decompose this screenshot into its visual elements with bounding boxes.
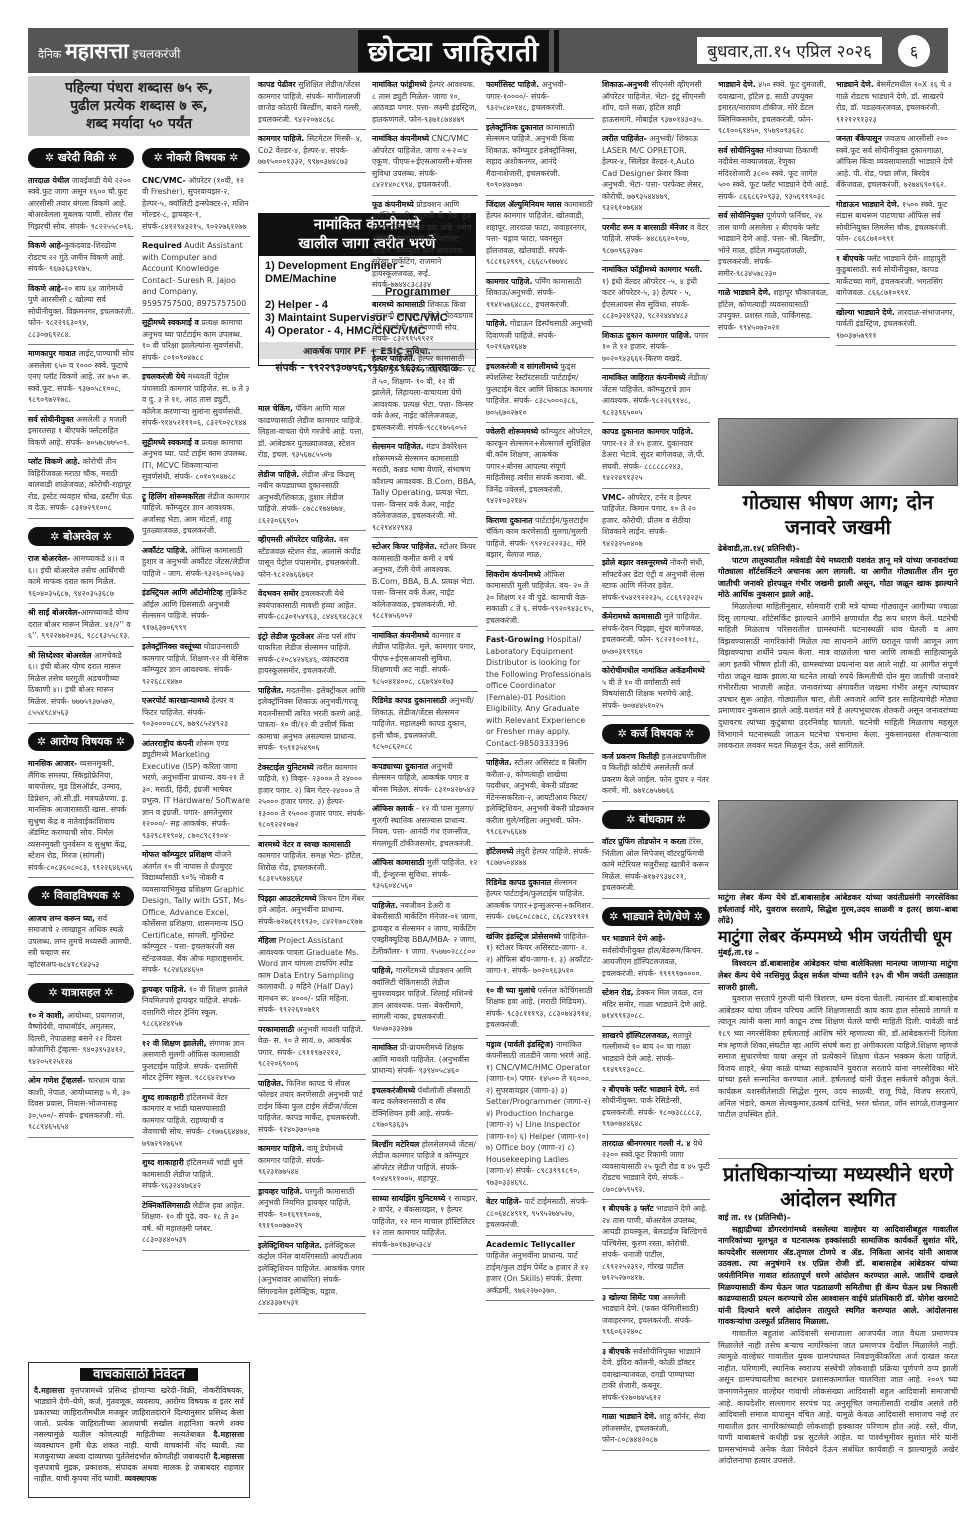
classified-ad: परमीट रूम व बारसाठी मॅनेजर व वेटर पाहिजे… [602, 219, 710, 262]
classified-ad: तारदाळ येथील जावईवाडी येथे २२०० स्क्वे.फ… [28, 172, 134, 238]
classified-ad: पाहिजे, गारमेंटमध्ये प्रोडक्शन आणि क्वॉल… [372, 962, 478, 1039]
ad-text: शोरूम एण्ड ड्युटीमध्ये Marketing Executi… [142, 739, 250, 840]
ad-lead: कापड पेढीवर [258, 80, 296, 89]
classified-ad: व्हीएमसी ऑपरेटर पाहिजेत. बस स्टँडजवळ स्ट… [258, 531, 366, 585]
photo-caption: माटुंगा लेबर कॅम्प येथे डॉ.बाबासाहेब आंब… [718, 892, 958, 927]
ad-lead: फार्मासिस्ट पाहिजे. [486, 80, 539, 89]
ad-lead: कामगार पाहिजे. [486, 277, 532, 286]
classified-ad: वॉटर प्रुफिंग तोडफोन न करता टेरेस, भिंती… [602, 833, 710, 899]
ad-text: पूर्णपणे फर्निचर, २४ तास पाणी असलेला २ ब… [718, 211, 825, 278]
ad-lead: नामांकित फांड्रीमध्ये [372, 80, 427, 89]
classified-ad: इचलकरंजी येथे मध्यवर्ती पेट्रोल पंपासाठी… [142, 368, 250, 434]
ad-lead: कामगार पाहिजे. [258, 1144, 304, 1153]
classified-ad: CNC/VMC- ऑपरेटर (१०वी, १२ वी Fresher), स… [142, 172, 250, 238]
classified-ad: प्लॉट विकणे आहे. कोरोची तीन विहिरीजवळ मर… [28, 453, 134, 519]
ad-lead: ट्रू हिलिंग शोरूमकरिता [142, 492, 205, 501]
ad-lead: कपड्याच्या दुकानात [372, 762, 428, 771]
ad-lead: पाहिजेत. [258, 1079, 284, 1088]
classified-column-4: नामांकित फांड्रीमध्ये हेल्पर आवश्यक. ८ त… [372, 76, 478, 1255]
ad-lead: नामांकित कंपनीमध्ये [372, 134, 429, 143]
ad-lead: मानसिक आजार- [28, 759, 77, 768]
ad-lead: टेक्निकॉलिगसाठी [142, 1201, 190, 1210]
reader-notice: वाचकांसाठी निवेदन दै.महासत्ता वृत्तपत्रा… [28, 1362, 250, 1498]
ad-lead: घर भाड्याने देणे आहे- [602, 934, 665, 943]
classified-ad: जिंदाल ॲल्युमिनियम ग्लास कामासाठी हेल्पर… [486, 196, 594, 273]
newspaper-brand: दैनिक महासत्ता इचलकरंजी [28, 37, 328, 65]
classified-ad: जनता बँकेपासून जवळच आरसीसी २०० स्क्वे.फू… [836, 130, 956, 196]
classified-column-2: ✲ नोकरी विषयक ✲ CNC/VMC- ऑपरेटर (१०वी, १… [142, 140, 250, 1251]
rate-line: शब्द मर्यादा ५० पर्यंत [28, 115, 250, 133]
classified-ad: आंतरराष्ट्रीय कंपनी शोरूम एण्ड ड्युटीमध्… [142, 735, 250, 847]
ad-lead: १० वी च्या मुलांचे [486, 986, 535, 995]
ad-lead: स्टेशन रोड, [602, 988, 634, 997]
news-photo-jayanti [718, 800, 958, 890]
page-number: ६ [898, 35, 930, 67]
classified-ad: विकणे आहे-कुकंदवाड-शिरढोण रोडटच २२ गुंठे… [28, 237, 134, 280]
brand-name: महासत्ता [65, 37, 128, 65]
classified-ad: स्टेशन रोड, डेक्कन मिल जवळ, दत्त मंदिर स… [602, 984, 710, 1027]
ad-lead: भाड्याने देणे. [836, 80, 874, 89]
classified-ad: माणकापुर गावात लाईट,पाण्याची सोय असलेला … [28, 345, 134, 411]
classified-column-6: शिकाऊ-अनुभवी सीएनसी व्हीएमसी ऑपरेटर पाहि… [602, 76, 710, 1451]
ad-lead: विकणे आहे- [28, 284, 64, 293]
classified-ad: त्वरीत पाहिजेत- अनुभवी/ शिकाऊ LASER M/C … [602, 130, 710, 219]
issue-date: बुधवार,ता.१५ एप्रिल २०२६ [697, 37, 882, 64]
classified-ad: इलेक्ट्रिशियन पाहिजेत. इलेक्ट्रिकल कंट्र… [258, 1237, 366, 1314]
ad-lead: भाड्याने देणे. [718, 80, 756, 89]
classified-ad: राज बोअरवेल- आमच्याकडे ४।। व ६।। इंची बो… [28, 550, 134, 604]
classified-ad: ऑफिस क्लार्क - १२ वी पास मुलगा/मुलगी स्थ… [372, 800, 478, 854]
ad-lead: पाहिजेत. [486, 758, 512, 767]
news-lead-paragraph: पाटण तालुक्यातील मत्रेवाडी येथे मध्यरात्… [718, 555, 958, 601]
brand-mention: दै.महासत्ता [34, 1386, 65, 1395]
ad-lead: कापड दुकानात कामगार पाहिजे. [602, 427, 693, 436]
classified-ad: नामांकित जाहिरात कंपनीमध्ये लेडीज/जेंटस … [602, 369, 710, 423]
ad-lead: पिझ्झा आउटलेटमध्ये [258, 894, 316, 903]
ad-lead: १० मे काशी, [28, 1011, 65, 1020]
notice-body: दै.महासत्ता वृत्तपत्रामध्ये प्रसिध्द होण… [34, 1385, 244, 1484]
ad-lead: ड्रायव्हर पाहिजे. [142, 985, 186, 994]
category-sale: ✲ खरेदी विक्री ✲ [28, 148, 134, 168]
rate-line: पहिल्या पंधरा शब्दास ७५ रू, [28, 79, 250, 97]
ad-lead: अकौंटंट पाहिजे. [142, 546, 188, 555]
ad-lead: शुध्द शाकाहारी [142, 1093, 184, 1102]
ad-lead: १२ वी शिक्षण झालेली, [142, 1039, 207, 1048]
ad-lead: कामगार पाहिजे. [258, 134, 304, 143]
ad-text: मंडप डेकोरेशन शोरूममध्ये सेल्समन कामासाठ… [372, 442, 476, 532]
ad-lead: पाहिजे. [486, 319, 507, 328]
classified-ad: हेल्पर पाहिजेत. हेल्पर कामासाठी पुरुष/मु… [372, 350, 478, 439]
ad-lead: तारदाळ येथील [28, 176, 69, 185]
ad-lead: CNC/VMC- [142, 176, 186, 185]
ad-lead: नामांकित जाहिरात कंपनीमध्ये [602, 373, 685, 382]
ad-text: स्टोअर असिस्टंट व बिलींग करीता-३, कोणत्य… [486, 758, 594, 836]
ad-lead: पाहिजेत. [258, 686, 284, 695]
ad-lead: सेल्समन पाहिजेत. [372, 442, 424, 451]
ad-text: कॉम्प्युटर ऑपरेटर, कारकून सेल्समन+सेल्सग… [486, 427, 593, 505]
classified-ad: यड्राव (पार्वती इंडस्ट्रिज) नामांकित कंप… [486, 1036, 594, 1194]
classified-ad: आजच लग्न करून घ्या, सर्व समाजाचे २ लाखाह… [28, 910, 134, 976]
classified-ad: फार्मासिस्ट पाहिजे. अनुभवी-पगार-१००००/- … [486, 76, 594, 119]
classified-ad: नामांकित कंपनीमध्ये CNC/VMC ऑपरेटर पाहिज… [372, 130, 478, 196]
ad-lead: सुट्टीमध्ये स्वकमाई व [142, 318, 199, 327]
ad-text: योजने अंतर्गत १० वी नापास ते ग्रॅज्युएट … [142, 850, 247, 974]
ad-lead: फूड कंपनीमध्ये [372, 200, 414, 209]
ad-text: पाहिजेत अनुभवींना प्राधान्य. पार्ट टाईम/… [486, 1251, 588, 1295]
ad-text: १) इंधी वेल्डर ऑपरेटर -५, ४ इंधी कटर ऑपर… [602, 277, 697, 321]
classified-ad: नामांकित फॉड्रीमध्ये कामगार भरती. १) इंध… [602, 261, 710, 327]
classified-ad: किराणा दुकानात पार्टटाईम/फुलटाईम चॅकिंग … [486, 512, 594, 566]
classified-ad: ड्रायव्हर पाहिजे. घरगुती कामासाठी अनुभवी… [258, 1183, 366, 1237]
ad-lead: साध्या सायझिंग युनिटमध्ये [372, 1194, 445, 1203]
ad-lead: वॉटर प्रुफिंग तोडफोन न करता [602, 837, 686, 846]
news-dateline: वाई ता. १४ (प्रतिनिधी)– [718, 1213, 791, 1222]
news-dateline: ढेबेवाडी,ता.१४( प्रतिनिधी)– [718, 544, 800, 553]
ad-text: ५ वी ते १० वी वर्गांसाठी सर्व विषयांसाठी… [602, 678, 693, 710]
ad-lead: गाळे भाड्याने देणे. [718, 288, 771, 297]
classified-ad: कपड्याच्या दुकानात अनुभवी सेल्समन पाहिजे… [372, 758, 478, 801]
classified-ad: पिझ्झा आउटलेटमध्ये किचन टिम मेंबर हवे आह… [258, 890, 366, 933]
ad-lead: सर्व सोयीनीयुक्त [28, 415, 74, 424]
ad-lead: रिडिमेड कापड दुकानात [486, 878, 551, 887]
classified-ad: माल चेकिंग, पॅकिंग आणि माल काढण्यासाठी ल… [258, 400, 366, 466]
ad-lead: यड्राव (पार्वती इंडस्ट्रिज) [486, 1040, 554, 1049]
classified-ad: ज्वेलरी शोरूममध्ये कॉम्प्युटर ऑपरेटर, का… [486, 423, 594, 512]
classified-ad: कोरोचीमधील नामांकित अकॅडमीमध्ये ५ वी ते … [602, 662, 710, 716]
ad-lead: किराणा दुकानात [486, 516, 533, 525]
ad-text: पगार-१२ ते १५ हजार. दुकानदार डेअरा भेटाव… [602, 439, 705, 483]
ad-lead: इलेक्ट्रॉनिक दुकानात [486, 123, 543, 132]
ad-lead: झोले बझार वस्त्रनूरमध्ये [602, 558, 668, 567]
ad-lead: १ बीएचके ३ फ्लॅट [602, 1204, 653, 1213]
ad-text: Project Assistant आवश्यक पात्रता Graduat… [258, 936, 359, 1014]
section-title: छोट्या जाहिराती [358, 30, 554, 72]
ad-lead: लेडीज पाहिजे. [258, 470, 299, 479]
category-marriage: ✲ विवाहविषयक ✲ [28, 886, 134, 906]
classified-ad: सर्व सोयीनियुक्त मोक्याच्या ठिकाणी नदीवे… [718, 142, 830, 208]
classified-ad: साखरपे हॉस्पिटलजवळ, सतापुरे गल्लीमध्ये १… [602, 1027, 710, 1081]
classified-ad: Required Audit Assistant with Computer a… [142, 237, 250, 314]
news-story-jayanti: माटुंगा लेबर कॅम्प येथे डॉ.बाबासाहेब आंब… [718, 800, 958, 1121]
news-paragraph: गावातील बहुतांश आदिवासी समाजाला आजपर्यंत… [718, 1328, 958, 1467]
brand-mention: दै.महासत्ता [213, 1452, 244, 1461]
classified-ad: पाहिजेत. फिनिश कापड चे सॅंपल फोल्डर तयार… [258, 1075, 366, 1141]
classified-ad: Academic Tellycaller पाहिजेत अनुभवींना प… [486, 1236, 594, 1302]
classified-column-7a: भाड्याने देणे. ४५० स्क्वे. फूट दुमजली, द… [718, 76, 830, 338]
news-headline: माटुंगा लेबर कॅम्पमध्ये भीम जयंतीची धूम [718, 927, 958, 947]
classified-ad: बारमध्ये कामासाठी शिकाऊ किंवा अनुभवी काम… [372, 296, 478, 350]
ad-text: हेल्पर कामासाठी पुरुष/मुले कामगार पाहिजे… [372, 354, 475, 432]
classified-ad: कामगार पाहिजे. पर्मिंग कामासाठी शिकाऊ/अन… [486, 273, 594, 316]
ad-lead: तारदाळ श्रीनगरमार गल्ली नं. ४ [602, 1139, 690, 1148]
classified-ad: पाहिजेत. मदतनीस- इलेक्ट्रीकल आणि इलेक्ट्… [258, 682, 366, 759]
ad-lead: जिंदाल ॲल्युमिनियम ग्लास [486, 200, 562, 209]
ad-lead: खोल्या भाड्याने देणे. [836, 308, 895, 317]
category-health: ✲ आरोग्य विषयक ✲ [28, 732, 134, 752]
ad-text: आमचेकडे ६।। इंची बोअर योग्य दरात मारून म… [28, 651, 122, 718]
classified-ad: इचलकरंजी व सांगलीमध्ये फुड्स स्पेशलिस्ट … [486, 358, 594, 424]
classified-ad: खोल्या भाड्याने देणे. तारदाळ-संभाजनगर, प… [836, 304, 956, 347]
news-headline: गोठ्यास भीषण आग; दोन जनावरे जखमी [718, 490, 958, 540]
classified-ad: शिकाऊ-अनुभवी सीएनसी व्हीएमसी ऑपरेटर पाहि… [602, 76, 710, 130]
classified-ad: झोले बझार वस्त्रनूरमध्ये नोकरी संधी, सॉफ… [602, 554, 710, 608]
classified-ad: वेटर पाहिजे- पार्ट टाईमसाठी. संपर्क- ८८०… [486, 1193, 594, 1236]
classified-ad: श्री सिध्देश्वर बोअरवेल आमचेकडे ६।। इंची… [28, 647, 134, 724]
classified-ad: १० मे काशी, आयोध्या, प्रयागराज, वैष्णोदे… [28, 1007, 134, 1073]
ad-lead: कर्ज प्रकरण कितीही [602, 752, 659, 761]
classified-ad: ट्रू हिलिंग शोरूमकरिता लेडीज कामगार पाहि… [142, 488, 250, 542]
news-photo-fire [718, 418, 958, 486]
classified-ad: Fast-Growing Hospital/ Laboratory Equipm… [486, 631, 594, 754]
classified-ad: ३ खोल्या सिमेंट पत्रा असलेली भाड्याने दे… [602, 1289, 710, 1343]
classified-ad: सेल्समन पाहिजेत. मंडप डेकोरेशन शोरूममध्य… [372, 438, 478, 538]
ad-lead: वेटर पाहिजे- [486, 1197, 522, 1206]
ad-lead: ३ खोल्या सिमेंट पत्रा [602, 1293, 659, 1302]
classified-ad: शिकाऊ दुकान कामगार पाहिजे. पगार १० ते १२… [602, 327, 710, 370]
classified-ad: १२ वी शिक्षण झालेली, संगणक ज्ञान असणारी … [142, 1035, 250, 1089]
ad-lead: नामांकित [372, 1043, 397, 1052]
ad-lead: ड्रायव्हर पाहिजे. [258, 1187, 302, 1196]
classified-ad: कामगार पाहिजे. वायू डेपोमध्ये कामगार पाह… [258, 1140, 366, 1183]
ad-lead: इलेक्ट्रॉनिक्स वस्तूंच्या [142, 642, 201, 651]
classified-ad: टेक्स्टाईल युनिटमध्ये त्वरीत कामगार पाहि… [258, 759, 366, 836]
news-paragraph: मिळालेल्या माहितीनुसार, सोमवारी रात्री म… [718, 601, 958, 752]
classified-ad: भाड्याने देणे. ४५० स्क्वे. फूट दुमजली, द… [718, 76, 830, 142]
ad-lead: Required [142, 241, 182, 250]
ad-lead: शुध्द शाकाहारी [142, 1158, 184, 1167]
ad-lead: इचलकरंजीमध्ये [372, 1086, 415, 1095]
ad-lead: गाळा भाड्याने देणे. [602, 1412, 657, 1421]
ad-lead: ज्वेलरी शोरूममध्ये [486, 427, 538, 436]
ad-lead: शिकाऊ-अनुभवी [602, 80, 649, 89]
ad-text: Audit Assistant with Computer and Accoun… [142, 241, 246, 308]
ad-text: त्वरीत कामगार पाहिजे. १) विव्हर- २३००० त… [258, 763, 366, 830]
ad-lead: इंडस्ट्रियल आणि ऑटोमोटिव्ह [142, 588, 223, 597]
ad-lead: बारमध्ये कामासाठी [372, 300, 425, 309]
classified-ad: रिडिमेड कापड दुकानात सेल्समन हेल्पर पार्… [486, 874, 594, 928]
classified-ad: खंजिर इंडस्ट्रिज प्रोसेसमध्ये पाहिजेत- १… [486, 928, 594, 982]
ad-lead: वेदभवन समोर [258, 589, 298, 598]
classified-ad: पाहिजेत. नवजीवन डेअरी व बेकरीसाठी मार्के… [372, 897, 478, 963]
ad-lead: कोरोचीमधील नामांकित अकॅडमीमध्ये [602, 666, 705, 675]
classified-ad: बारमध्ये वेटर व स्वच्छ कामासाठी कामगार प… [258, 836, 366, 890]
ad-lead: रिडिमेड कापड दुकानासाठी [372, 696, 447, 705]
classified-ad: लेडीज पाहिजे. लेडीज ॲन्ड किडस् नवीन कपड्… [258, 466, 366, 532]
ad-lead: विकणे आहे- [28, 241, 64, 250]
classified-ad: गाळे भाड्याने देणे. शहापूर चौकाजवळ, हॉटे… [718, 284, 830, 338]
classified-ad: घर भाड्याने देणे आहे- सर्वसोयीनीयुक्त हॉ… [602, 930, 710, 984]
ad-text: स्टोअर किपर कामासाठी कमीत कमी २ वर्ष अनु… [372, 542, 476, 620]
ad-lead: पाहिजेत. [372, 901, 398, 910]
classified-ad: भाड्याने देणे. बेसमेंटमधील १०X १६ चे २ ग… [836, 76, 956, 130]
classified-ad: २ बीएचके फ्लॅट भाड्याने देणे. सर्व सोयीन… [602, 1081, 710, 1135]
ad-lead: मोफत कॉम्प्युटर प्रशिक्षण [142, 850, 212, 859]
ad-lead: आजच लग्न करून घ्या, [28, 914, 95, 923]
ad-lead: शिकाऊ दुकान कामगार पाहिजे. [602, 331, 692, 340]
news-lead-paragraph: सह्याद्रीच्या डोंगररांगांमध्ये वसलेल्या … [718, 1224, 958, 1328]
classified-ad: गाळा भाड्याने देणे. शाहू कॉर्नर, सेवा लॉ… [602, 1408, 710, 1451]
classified-ad: कर्ज प्रकरण कितीही हजअडचणीतील व कितीही क… [602, 748, 710, 802]
category-loan: ✲ कर्ज विषयक ✲ [602, 724, 710, 744]
ad-lead: परकामासाठी [258, 1025, 294, 1034]
news-lead-paragraph: विश्वरत्न डॉ.बाबासाहेब आंबेडकर यांचा बाल… [718, 958, 958, 993]
classified-ad: सिकरोम कंपनीमध्ये ऑफिस कामासाठी मुली पाह… [486, 566, 594, 632]
classified-ad: इलेक्ट्रॉनिक्स वस्तूंच्या घोडाउनसाठी काम… [142, 638, 250, 692]
classified-ad: सर्व सोयीनीयुक्त असलेली ३ मजली इमारतसह १… [28, 411, 134, 454]
ad-lead: पाहिजे, [372, 966, 393, 975]
classified-ad: इंडस्ट्रियल आणि ऑटोमोटिव्ह लुब्रिकेंट ऑई… [142, 584, 250, 638]
news-story-protest: प्रांतधिकाऱ्यांच्या मध्यस्थीने धरणे आंदो… [718, 1158, 958, 1467]
category-construction: ✲ बांधकाम ✲ [602, 810, 710, 830]
ad-lead: व्हीएमसी ऑपरेटर पाहिजेत. [258, 535, 337, 544]
ad-text: अनुभवी/ शिकाऊ LASER M/C OPRETOR. हेल्पर-… [602, 134, 703, 212]
ad-lead: त्वरीत पाहिजेत- [602, 134, 647, 143]
classified-column-5: फार्मासिस्ट पाहिजे. अनुभवी-पगार-१००००/- … [486, 76, 594, 1301]
ad-lead: टेक्स्टाईल युनिटमध्ये [258, 763, 314, 772]
classified-ad: इचलकरंजीमध्ये पॅथॉलॉजी लॅबसाठी बल्ड कलेक… [372, 1082, 478, 1136]
ad-text: सर्वसोयीनीयुक्त हॉल/बेडरूम/किचन. आयजीएम … [602, 946, 703, 978]
classified-ad: फूड कंपनीमध्ये प्रोडक्शन आणि क्वॉलिटीसाठ… [372, 196, 478, 296]
ad-lead: ऑफिस क्लार्क [372, 804, 414, 813]
classified-ad: ऑफिस कामासाठी मुली पाहिजेत. १२ वी, ईन्शु… [372, 854, 478, 897]
ad-lead: एअरपोर्ट कारखान्यामध्ये [142, 696, 209, 705]
category-borewell: ✲ बोअरवेल ✲ [28, 527, 134, 547]
classified-ad: कँमेरामध्ये कामासाठी मुले पाहिजेत. संपर्… [602, 608, 710, 662]
news-dateline: मुंबई,ता.१४ – [718, 948, 759, 957]
classified-ad: ओम गणेश ट्रॅव्हलर्स- चारधाम यात्रा काशी,… [28, 1072, 134, 1138]
classified-ad: ड्रायव्हर पाहिजे. १० वी शिक्षण झालेले नि… [142, 981, 250, 1035]
ad-text: मदतनीस- इलेक्ट्रीकल आणि इलेक्ट्रॉनिक्स श… [258, 686, 365, 753]
ad-lead: नामांकित फॉड्रीमध्ये कामगार भरती. [602, 265, 702, 274]
classified-ad: अकौंटंट पाहिजे. ऑफिस कामासाठी हुशार व अन… [142, 542, 250, 585]
classified-ad: नामांकित प्री-प्रायमरीमध्ये शिक्षक आणि म… [372, 1039, 478, 1082]
ad-lead: इंट्रो लेडीज फूटवेअर [258, 632, 314, 641]
ad-lead: श्री सिध्देश्वर बोअरवेल [28, 651, 91, 660]
classified-ad: साध्या सायझिंग युनिटमध्ये १ सायझर, २ वार… [372, 1190, 478, 1256]
classified-ad: नामांकित फांड्रीमध्ये हेल्पर आवश्यक. ८ त… [372, 76, 478, 130]
ad-lead: प्लॉट विकणे आहे. [28, 457, 80, 466]
ad-lead: श्री साई बोअरवेल- [28, 608, 81, 617]
category-jobs: ✲ नोकरी विषयक ✲ [142, 148, 250, 168]
classified-ad: १ बीएचके फ्लॅट भाड्याने देणे- शाहापूरी क… [836, 250, 956, 304]
ad-lead: हॉटेलमध्ये [486, 847, 514, 856]
classified-ad: हॉटेलमध्ये तंदुरी हेल्पर पाहिजे. संपर्क-… [486, 843, 594, 874]
ad-lead: हेल्पर पाहिजेत. [372, 354, 416, 363]
classified-ad: १० वी च्या मुलांचे पर्सनल कोचिंगसाठी शिक… [486, 982, 594, 1036]
classified-ad: इलेक्ट्रॉनिक दुकानात कामासाठी सेल्समन पा… [486, 119, 594, 196]
ad-lead: सर्व सोयीनियुक्त [718, 146, 764, 155]
classified-ad: शुध्द शाकाहारी हॉटेलमध्ये वेटर कामगार व … [142, 1089, 250, 1155]
ad-lead: इलेक्ट्रिशियन पाहिजेत. [258, 1241, 322, 1250]
classified-ad: इंट्रो लेडीज फूटवेअर ॲन्ड पर्स शॉप याकरि… [258, 628, 366, 682]
ad-lead: Academic Tellycaller [486, 1240, 575, 1249]
ad-text: नामांकित कंपनीसाठी तातडीने जागा भरणे आहे… [486, 1040, 591, 1187]
rate-line: पुढील प्रत्येक शब्दास ७ रू, [28, 97, 250, 115]
ad-text: व्यसनमुक्ती, लैंगिक समस्या, स्किझोफ्रेनि… [28, 759, 133, 872]
ad-lead: ओम गणेश ट्रॅव्हलर्स- [28, 1076, 86, 1085]
ad-text: भाड्याने देणे आहे. २४ तास पाणी, बोअरवेल … [602, 1204, 708, 1282]
classified-column-7b: भाड्याने देणे. बेसमेंटमधील १०X १६ चे २ ग… [836, 76, 956, 346]
ad-text: Hospital/ Laboratory Equipment Distribut… [486, 635, 591, 748]
ad-lead: नामांकित कंपनीमध्ये [372, 631, 429, 640]
classified-ad: सुट्टीमध्ये स्वकमाई व प्रत्यक्ष कामाचा अ… [142, 434, 250, 488]
classified-ad: एअरपोर्ट कारखान्यामध्ये हेल्पर व फिटर पा… [142, 692, 250, 735]
ad-lead: २ बीएचके फ्लॅट भाड्याने देणे. [602, 1085, 687, 1094]
classified-ad: कापड पेढीवर सुशिक्षित लेडीज/जेंटस कामगार… [258, 76, 366, 130]
classified-ad: कापड दुकानात कामगार पाहिजे. पगार-१२ ते १… [602, 423, 710, 489]
brand-city: इचलकरंजी [133, 45, 181, 62]
news-paragraph: युवराज सरतापे गुरुजी यांनी त्रिशरण, धम्म… [718, 993, 958, 1121]
classified-column-1: ✲ खरेदी विक्री ✲ तारदाळ येथील जावईवाडी य… [28, 140, 134, 1138]
ad-text: कामासाठी हेल्पर कामगार पाहिजेत. खोतवाडी,… [486, 200, 593, 267]
ad-lead: ऑफिस कामासाठी [372, 858, 425, 867]
ad-lead: Fast-Growing [486, 635, 544, 644]
category-rent: ✲ भाड्याने देणे/घेणे ✲ [602, 907, 710, 927]
ad-lead: जनता बँकेपासून [836, 134, 882, 143]
classified-ad: मानसिक आजार- व्यसनमुक्ती, लैंगिक समस्या,… [28, 755, 134, 878]
classified-column-3-top: कापड पेढीवर सुशिक्षित लेडीज/जेंटस कामगार… [258, 76, 366, 173]
ad-lead: इचलकरंजी येथे [142, 372, 185, 381]
news-headline: प्रांतधिकाऱ्यांच्या मध्यस्थीने धरणे आंदो… [718, 1162, 958, 1212]
brand-prefix: दैनिक [38, 47, 61, 62]
notice-signature: व्यवस्थापक [125, 1474, 157, 1483]
ad-lead: ३ बीएचके [602, 1347, 631, 1356]
ad-lead: सर्व सोयीनियुक्त [718, 211, 764, 220]
classified-ad: गोडाऊन भाड्याने देणे. १५०० स्क्वे. फूट स… [836, 196, 956, 250]
ad-lead: इचलकरंजी व सांगलीमध्ये [486, 362, 558, 371]
notice-title: वाचकांसाठी निवेदन [80, 1368, 198, 1381]
ad-lead: सुट्टीमध्ये स्वकमाई व [142, 438, 199, 447]
ad-rate-box: पहिल्या पंधरा शब्दास ७५ रू, पुढील प्रत्य… [28, 76, 250, 136]
classified-ad: पाहिजेत. स्टोअर असिस्टंट व बिलींग करीता-… [486, 754, 594, 843]
ad-lead: VMC- [602, 493, 625, 502]
ad-text: इलेक्ट्रिकल कंट्रोल पॅनेल वायरिंगसाठी आय… [258, 1241, 365, 1308]
ad-text: प्रोडक्शन आणि क्वॉलिटीसाठी अनुभवी बी. टे… [372, 200, 472, 290]
classified-ad: वेदभवन समोर इचलकरंजी येथे स्वयंपाकासाठी … [258, 585, 366, 628]
classified-ad: स्टोअर किपर पाहिजेत. स्टोअर किपर कामासाठ… [372, 538, 478, 627]
classified-ad: बिल्डींग मटेरियल होलसेलमध्ये जेंटस/लेडीज… [372, 1136, 478, 1190]
ad-lead: बारमध्ये वेटर व स्वच्छ कामासाठी [258, 840, 351, 849]
classified-ad: कामगार पाहिजे. सिटमेटल मिस्त्री- ४, Co2 … [258, 130, 366, 173]
ad-lead: माणकापुर गावात [28, 349, 76, 358]
ad-lead: माल चेकिंग, [258, 404, 293, 413]
ad-lead: साखरपे हॉस्पिटलजवळ, [602, 1031, 670, 1040]
classified-ad: मॅहिला Project Assistant आवश्यक पात्रता … [258, 932, 366, 1021]
ad-lead: गोडाऊन भाड्याने देणे. [836, 200, 900, 209]
ad-lead: खंजिर इंडस्ट्रिज प्रोसेसमध्ये [486, 932, 561, 941]
category-travel: ✲ यात्रासहल ✲ [28, 983, 134, 1003]
classified-ad: सर्व सोयीनियुक्त पूर्णपणे फर्निचर, २४ ता… [718, 207, 830, 284]
classified-ad: नामांकित कंपनीमध्ये कामगार व लेडीज पाहिज… [372, 627, 478, 693]
ad-lead: मॅहिला [258, 936, 276, 945]
classified-ad: मोफत कॉम्प्युटर प्रशिक्षण योजने अंतर्गत … [142, 846, 250, 981]
brand-mention: दै.महासत्ता [213, 1430, 244, 1439]
classified-ad: VMC- ऑपरेटर, टर्नर व हेल्पर पाहिजेत. किम… [602, 489, 710, 555]
classified-ad: सुट्टीमध्ये स्वकमाई व प्रत्यक्ष कामाचा अ… [142, 314, 250, 368]
ad-lead: बिल्डींग मटेरियल [372, 1140, 419, 1149]
ad-lead: कँमेरामध्ये कामासाठी [602, 612, 661, 621]
masthead: दैनिक महासत्ता इचलकरंजी छोट्या जाहिराती … [28, 28, 948, 73]
ad-lead: राज बोअरवेल- [28, 554, 70, 563]
classified-ad: रिडिमेड कापड दुकानासाठी अनुभवी/शिकाऊ. ले… [372, 692, 478, 758]
ad-text: कामासाठी सेल्समन पाहिजे. अनुभवी किंवा शि… [486, 123, 577, 190]
classified-ad: पाहिजे. गोडाऊन डिस्पॅचसाठी अनुभवी दिवाणज… [486, 315, 594, 358]
ad-lead: १ बीएचके [836, 254, 865, 263]
ad-lead: परमीट रूम व बारसाठी मॅनेजर [602, 223, 688, 232]
classified-ad: शुध्द शाकाहारी हॉटेलमध्ये भांडी धुणे काम… [142, 1154, 250, 1197]
ad-lead: सिकरोम कंपनीमध्ये [486, 570, 541, 579]
ad-lead: आंतरराष्ट्रीय कंपनी [142, 739, 193, 748]
